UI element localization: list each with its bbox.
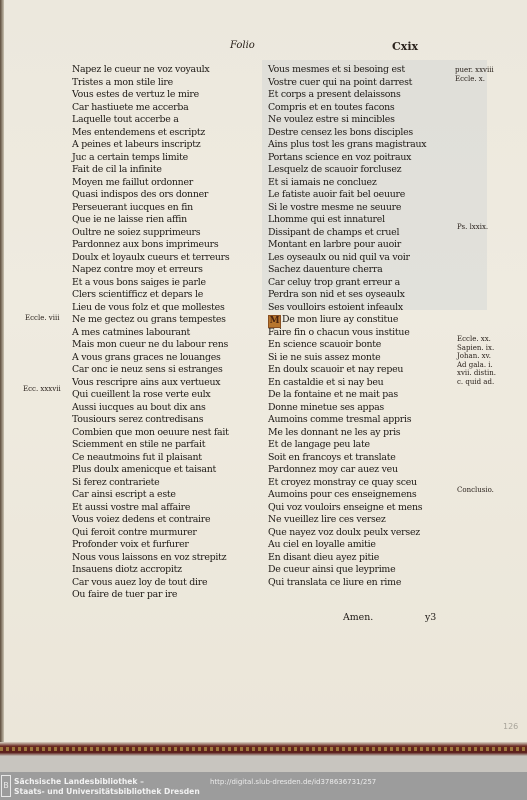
text-line: A peines et labeurs inscriptz [72, 139, 229, 152]
text-line: Laquelle tout accerbe a [72, 114, 229, 127]
text-line: Pardonnez aux bons imprimeurs [72, 239, 229, 252]
text-line: Les oyseaulx ou nid quil va voir [268, 252, 426, 265]
folio-number: Cxix [392, 40, 418, 53]
text-line: Que ie ne laisse rien affin [72, 214, 229, 227]
text-line: Et croyez monstray ce quay sceu [268, 477, 426, 490]
text-line: Et aussi vostre mal affaire [72, 502, 229, 515]
text-line: Portans science en voz poitraux [268, 152, 426, 165]
scan-background [0, 756, 527, 772]
text-line: Sciemment en stile ne parfait [72, 439, 229, 452]
text-line: Vous mesmes et si besoing est [268, 64, 426, 77]
text-line: En doulx scauoir et nay repeu [268, 364, 426, 377]
text-line: Faire fin o chacun vous institue [268, 327, 426, 340]
text-line: Perseuerant iucques en fin [72, 202, 229, 215]
text-line: Et corps a present delaissons [268, 89, 426, 102]
text-line: Aumoins pour ces enseignemens [268, 489, 426, 502]
text-line: Car onc ie neuz sens si estranges [72, 364, 229, 377]
text-line: Qui feroit contre murmurer [72, 527, 229, 540]
text-line: Car vous auez loy de tout dire [72, 577, 229, 590]
margin-note: Conclusio. [457, 486, 494, 495]
text-line: A mes catmines labourant [72, 327, 229, 340]
left-text-column: Napez le cueur ne voz voyaulx Tristes a … [72, 64, 229, 602]
text-line: Destre censez les bons disciples [268, 127, 426, 140]
text-line: Vostre cuer qui na point darrest [268, 77, 426, 90]
text-line: Aussi iucques au bout dix ans [72, 402, 229, 415]
text-line: Que nayez voz doulx peulx versez [268, 527, 426, 540]
text-line: Vous rescripre ains aux vertueux [72, 377, 229, 390]
library-name-line2: Staats- und Universitätsbibliothek Dresd… [14, 787, 200, 796]
text-line: En castaldie et si nay beu [268, 377, 426, 390]
text-line: Et a vous bons saiges ie parle [72, 277, 229, 290]
text-line: Qui cueillent la rose verte eulx [72, 389, 229, 402]
text-line: Compris et en toutes facons [268, 102, 426, 115]
text-line: Donne minetue ses appas [268, 402, 426, 415]
text-line: Tristes a mon stile lire [72, 77, 229, 90]
illuminated-line: MDe mon liure ay constitue [268, 314, 426, 327]
text-line: Au ciel en loyalle amitie [268, 539, 426, 552]
text-line: Ses voulloirs estoient infeaulx [268, 302, 426, 315]
pencil-page-mark: 126 [503, 722, 518, 731]
permalink-url[interactable]: http://digital.slub-dresden.de/id3786367… [210, 778, 376, 786]
text-line: Insauens diotz accropitz [72, 564, 229, 577]
text-line: Ce neautmoins fut il plaisant [72, 452, 229, 465]
text-line: Tousiours serez contredisans [72, 414, 229, 427]
text-line: Doulx et loyaulx cueurs et terreurs [72, 252, 229, 265]
text-line: Vous estes de vertuz le mire [72, 89, 229, 102]
gilt-pattern [0, 747, 527, 751]
library-footer: B Sächsische Landesbibliothek – Staats- … [0, 772, 527, 800]
text-line: Profonder voix et furfurer [72, 539, 229, 552]
text-line: Et de langage peu late [268, 439, 426, 452]
text-line: Lhomme qui est innaturel [268, 214, 426, 227]
margin-note: Eccle. viii [25, 314, 59, 323]
text-line: De mon liure ay constitue [282, 314, 398, 325]
slub-logo-icon: B [1, 775, 11, 797]
text-line: Mais mon cueur ne du labour rens [72, 339, 229, 352]
text-line: Qui translata ce liure en rime [268, 577, 426, 590]
text-line: Montant en larbre pour auoir [268, 239, 426, 252]
text-line: Clers scientifficz et depars le [72, 289, 229, 302]
right-text-column: Vous mesmes et si besoing est Vostre cue… [268, 64, 426, 589]
text-line: Plus doulx amenicque et taisant [72, 464, 229, 477]
text-line: Si le vostre mesme ne seuure [268, 202, 426, 215]
text-line: Ne me gectez ou grans tempestes [72, 314, 229, 327]
margin-note: puer. xxviii Eccle. x. [455, 66, 494, 83]
text-line: Car ainsi escript a este [72, 489, 229, 502]
text-line: Combien que mon oeuure nest fait [72, 427, 229, 440]
text-line: Perdra son nid et ses oyseaulx [268, 289, 426, 302]
text-line: Vous voiez dedens et contraire [72, 514, 229, 527]
text-line: Qui voz vouloirs enseigne et mens [268, 502, 426, 515]
text-line: Soit en francoys et translate [268, 452, 426, 465]
margin-note: Ps. lxxix. [457, 223, 488, 232]
text-line: En science scauoir bonte [268, 339, 426, 352]
text-line: Aumoins comme tresmal appris [268, 414, 426, 427]
text-line: Car hastiuete me accerba [72, 102, 229, 115]
text-line: De la fontaine et ne mait pas [268, 389, 426, 402]
text-line: Lesquelz de scauoir forclusez [268, 164, 426, 177]
text-line: Dissipant de champs et cruel [268, 227, 426, 240]
text-line: Lieu de vous folz et que mollestes [72, 302, 229, 315]
text-line: Napez contre moy et erreurs [72, 264, 229, 277]
text-line: Ne voulez estre si mincibles [268, 114, 426, 127]
manuscript-page: Folio Cxix Napez le cueur ne voz voyaulx… [0, 0, 527, 745]
text-line: Quasi indispos des ors donner [72, 189, 229, 202]
text-line: Si ie ne suis assez monte [268, 352, 426, 365]
margin-note: Eccle. xx. Sapien. ix. Johan. xv. Ad gal… [457, 335, 496, 386]
text-line: Oultre ne soiez supprimeurs [72, 227, 229, 240]
text-line: Si ferez contrariete [72, 477, 229, 490]
margin-note: Ecc. xxxvii [23, 385, 61, 394]
text-line: Sachez dauenture cherra [268, 264, 426, 277]
text-line: Fait de cil la infinite [72, 164, 229, 177]
library-name-line1: Sächsische Landesbibliothek – [14, 777, 144, 786]
text-line: Moyen me faillut ordonner [72, 177, 229, 190]
text-line: Ains plus tost les grans magistraux [268, 139, 426, 152]
text-line: Et si iamais ne concluez [268, 177, 426, 190]
text-line: Ne vueillez lire ces versez [268, 514, 426, 527]
text-line: Le fatiste auoir fait bel oeuure [268, 189, 426, 202]
text-line: En disant dieu ayez pitie [268, 552, 426, 565]
text-line: Me les donnant ne les ay pris [268, 427, 426, 440]
closing-word: Amen. [343, 612, 373, 623]
text-line: Nous vous laissons en voz strepitz [72, 552, 229, 565]
text-line: De cueur ainsi que leyprime [268, 564, 426, 577]
text-line: A vous grans graces ne louanges [72, 352, 229, 365]
text-line: Mes entendemens et escriptz [72, 127, 229, 140]
text-line: Napez le cueur ne voz voyaulx [72, 64, 229, 77]
signature-mark: y3 [425, 612, 436, 623]
text-line: Car celuy trop grant erreur a [268, 277, 426, 290]
text-line: Ou faire de tuer par ire [72, 589, 229, 602]
folio-label: Folio [230, 40, 255, 51]
text-line: Juc a certain temps limite [72, 152, 229, 165]
text-line: Pardonnez moy car auez veu [268, 464, 426, 477]
